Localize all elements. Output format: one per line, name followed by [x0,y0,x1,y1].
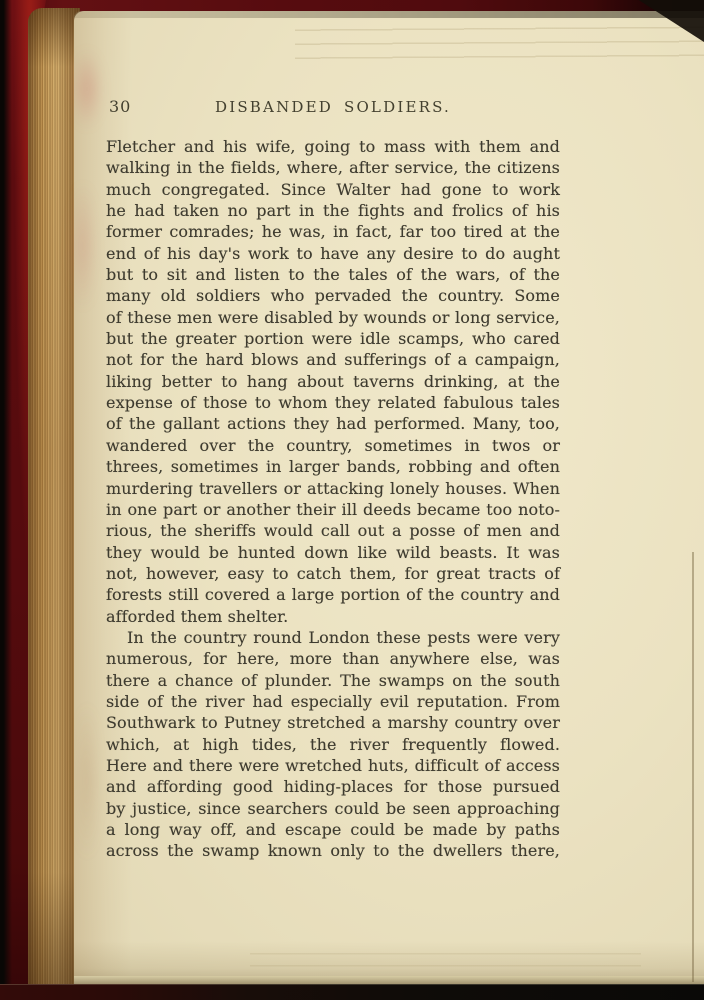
text-line: threes, sometimes in larger bands, robbi… [106,456,560,477]
text-line: end of his day's work to have any desire… [106,243,560,264]
text-line: a long way off, and escape could be made… [106,819,560,840]
text-line: across the swamp known only to the dwell… [106,840,560,861]
text-line: afforded them shelter. [106,606,560,627]
page-stain [72,49,102,129]
page-stain [70,181,96,311]
page-top-edge [74,11,704,18]
text-line: not for the hard blows and sufferings of… [106,349,560,370]
page-edge-stack [28,8,80,990]
text-line: numerous, for here, more than anywhere e… [106,648,560,669]
text-line: expense of those to whom they related fa… [106,392,560,413]
text-line: Fletcher and his wife, going to mass wit… [106,136,560,157]
text-line: rious, the sheriffs would call out a pos… [106,520,560,541]
right-page-edge-line [692,552,694,982]
text-line: many old soldiers who pervaded the count… [106,285,560,306]
text-line: Southwark to Putney stretched a marshy c… [106,712,560,733]
text-line: murdering travellers or attacking lonely… [106,478,560,499]
text-line: which, at high tides, the river frequent… [106,734,560,755]
text-line: Here and there were wretched huts, diffi… [106,755,560,776]
underlying-page-streaks-bottom [250,945,641,975]
text-line: in one part or another their ill deeds b… [106,499,560,520]
bottom-dark-strip [0,984,704,1000]
text-line: of these men were disabled by wounds or … [106,307,560,328]
text-line: much congregated. Since Walter had gone … [106,179,560,200]
text-line: wandered over the country, sometimes in … [106,435,560,456]
page-header: 30 DISBANDED SOLDIERS. [106,97,560,119]
text-line: not, however, easy to catch them, for gr… [106,563,560,584]
text-line: but to sit and listen to the tales of th… [106,264,560,285]
text-line: walking in the fields, where, after serv… [106,157,560,178]
text-line: of the gallant actions they had performe… [106,413,560,434]
background-shadow-left [0,0,12,1000]
text-line: they would be hunted down like wild beas… [106,542,560,563]
text-body: Fletcher and his wife, going to mass wit… [106,136,560,862]
text-line: former comrades; he was, in fact, far to… [106,221,560,242]
text-line: he had taken no part in the fights and f… [106,200,560,221]
scanned-book-photo: 30 DISBANDED SOLDIERS. Fletcher and his … [0,0,704,1000]
text-line: In the country round London these pests … [106,627,560,648]
text-line: forests still covered a large portion of… [106,584,560,605]
text-line: there a chance of plunder. The swamps on… [106,670,560,691]
text-line: but the greater portion were idle scamps… [106,328,560,349]
underlying-page-streaks [295,18,704,71]
text-line: and affording good hiding-places for tho… [106,776,560,797]
page-stain [76,701,98,861]
text-line: by justice, since searchers could be see… [106,798,560,819]
text-line: side of the river had especially evil re… [106,691,560,712]
text-line: liking better to hang about taverns drin… [106,371,560,392]
running-header: DISBANDED SOLDIERS. [106,98,560,116]
page-bottom-edge [74,976,704,984]
